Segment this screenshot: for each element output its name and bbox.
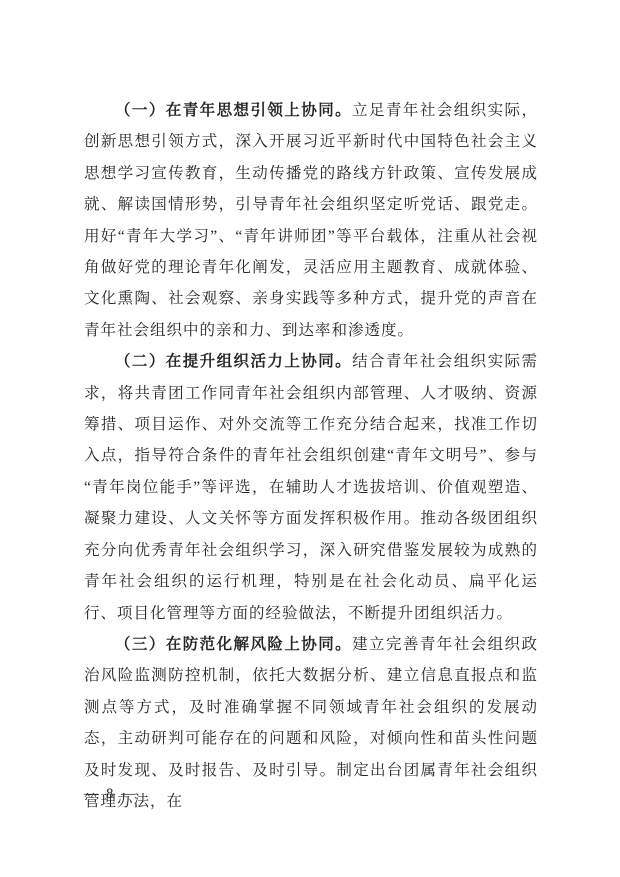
paragraph-2-heading: （二）在提升组织活力上协同。 <box>115 353 352 370</box>
document-text-block: （一）在青年思想引领上协同。立足青年社会组织实际，创新思想引领方式，深入开展习近… <box>84 95 538 817</box>
paragraph-1-heading: （一）在青年思想引领上协同。 <box>115 102 352 119</box>
paragraph-3-body: 建立完善青年社会组织政治风险监测防控机制，依托大数据分析、建立信息直报点和监测点… <box>84 636 538 810</box>
document-page: （一）在青年思想引领上协同。立足青年社会组织实际，创新思想引领方式，深入开展习近… <box>0 0 620 877</box>
paragraph-2-body: 结合青年社会组织实际需求，将共青团工作同青年社会组织内部管理、人才吸纳、资源筹措… <box>84 353 538 621</box>
page-number: — 8 — <box>84 786 138 803</box>
paragraph-3: （三）在防范化解风险上协同。建立完善青年社会组织政治风险监测防控机制，依托大数据… <box>84 629 538 817</box>
paragraph-3-heading: （三）在防范化解风险上协同。 <box>115 636 352 653</box>
paragraph-1: （一）在青年思想引领上协同。立足青年社会组织实际，创新思想引领方式，深入开展习近… <box>84 95 538 346</box>
paragraph-2: （二）在提升组织活力上协同。结合青年社会组织实际需求，将共青团工作同青年社会组织… <box>84 346 538 629</box>
paragraph-1-body: 立足青年社会组织实际，创新思想引领方式，深入开展习近平新时代中国特色社会主义思想… <box>84 102 538 339</box>
